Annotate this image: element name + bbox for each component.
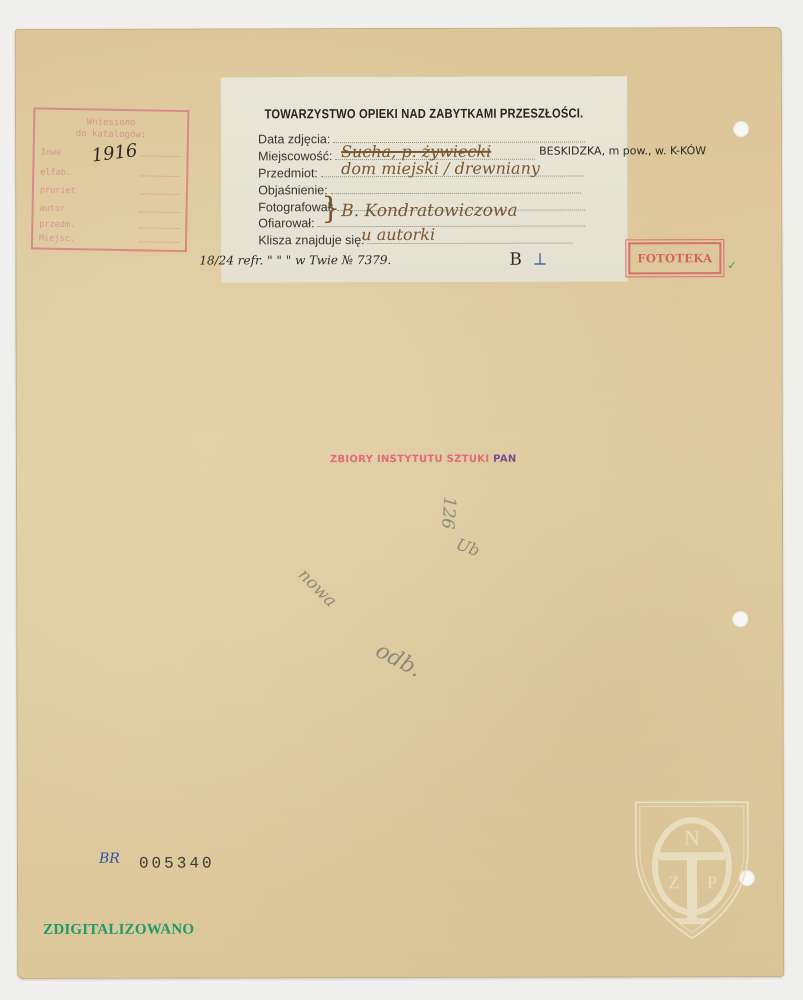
catalog-stamp-row: autor [40,203,66,213]
society-title: TOWARZYSTWO OPIEKI NAD ZABYTKAMI PRZESZŁ… [249,105,598,121]
negative-reference-note: 18/24 refr. " " " w Twie № 7379. [199,253,391,268]
collection-stamp: ZBIORY INSTYTUTU SZTUKI PAN [330,454,517,465]
catalog-stamp-row: przedm. [39,219,75,230]
catalog-stamp-row: Inwe [41,147,62,157]
punch-hole-middle [732,611,748,627]
catalog-stamp-row: Miejsc. [39,233,75,244]
svg-text:P: P [707,872,717,892]
location-addition: BESKIDZKA, m pow., w. K-KÓW [539,144,706,157]
record-card: Wniesiono do katalogów: Inwe elfab. prur… [15,27,784,979]
punch-hole-top [733,121,749,137]
fototeka-stamp: FOTOTEKA [628,242,721,274]
society-watermark-shield-icon: N Z P [632,800,752,940]
pencil-number: 126 [437,496,460,530]
pencil-nowa: nowa [294,565,341,612]
svg-text:N: N [684,825,700,850]
info-label: TOWARZYSTWO OPIEKI NAD ZABYTKAMI PRZESZŁ… [221,76,628,282]
inventory-prefix: BR [99,851,120,867]
digitized-stamp: ZDIGITALIZOWANO [43,922,194,939]
inventory-number: 005340 [139,854,215,872]
field-label: Klisza znajduje się: [258,233,364,247]
field-label: Przedmiot: [258,166,318,180]
field-label: Objaśnienie: [258,183,328,197]
subject-value: dom miejski / drewniany [341,159,540,179]
fototeka-check: ✓ [727,259,736,272]
collection-stamp-main: ZBIORY INSTYTUTU SZTUKI [330,454,489,465]
field-label: Ofiarował: [258,216,314,230]
svg-text:Z: Z [668,872,679,892]
mark-b: B [509,250,522,270]
field-label: Miejscowość: [258,149,332,163]
negative-location-value: u autorki [361,225,435,244]
pencil-odb: odb. [371,638,425,683]
mark-blue: ⟂ [534,250,545,270]
catalog-year: 1916 [91,140,139,166]
pencil-suffix: Ub [454,534,483,560]
field-label: Data zdjęcia: [258,132,330,146]
catalog-stamp-row: pruriet [40,185,76,196]
field-explanation: Objaśnienie: [258,181,581,198]
catalog-stamp-header-2: do katalogów: [35,127,187,142]
catalog-stamp: Wniesiono do katalogów: Inwe elfab. prur… [31,107,190,252]
collection-stamp-pan: PAN [493,454,516,465]
brace-mark: } [321,191,340,226]
catalog-stamp-row: elfab. [40,167,71,178]
photographer-value: B. Kondratowiczowa [341,201,517,221]
